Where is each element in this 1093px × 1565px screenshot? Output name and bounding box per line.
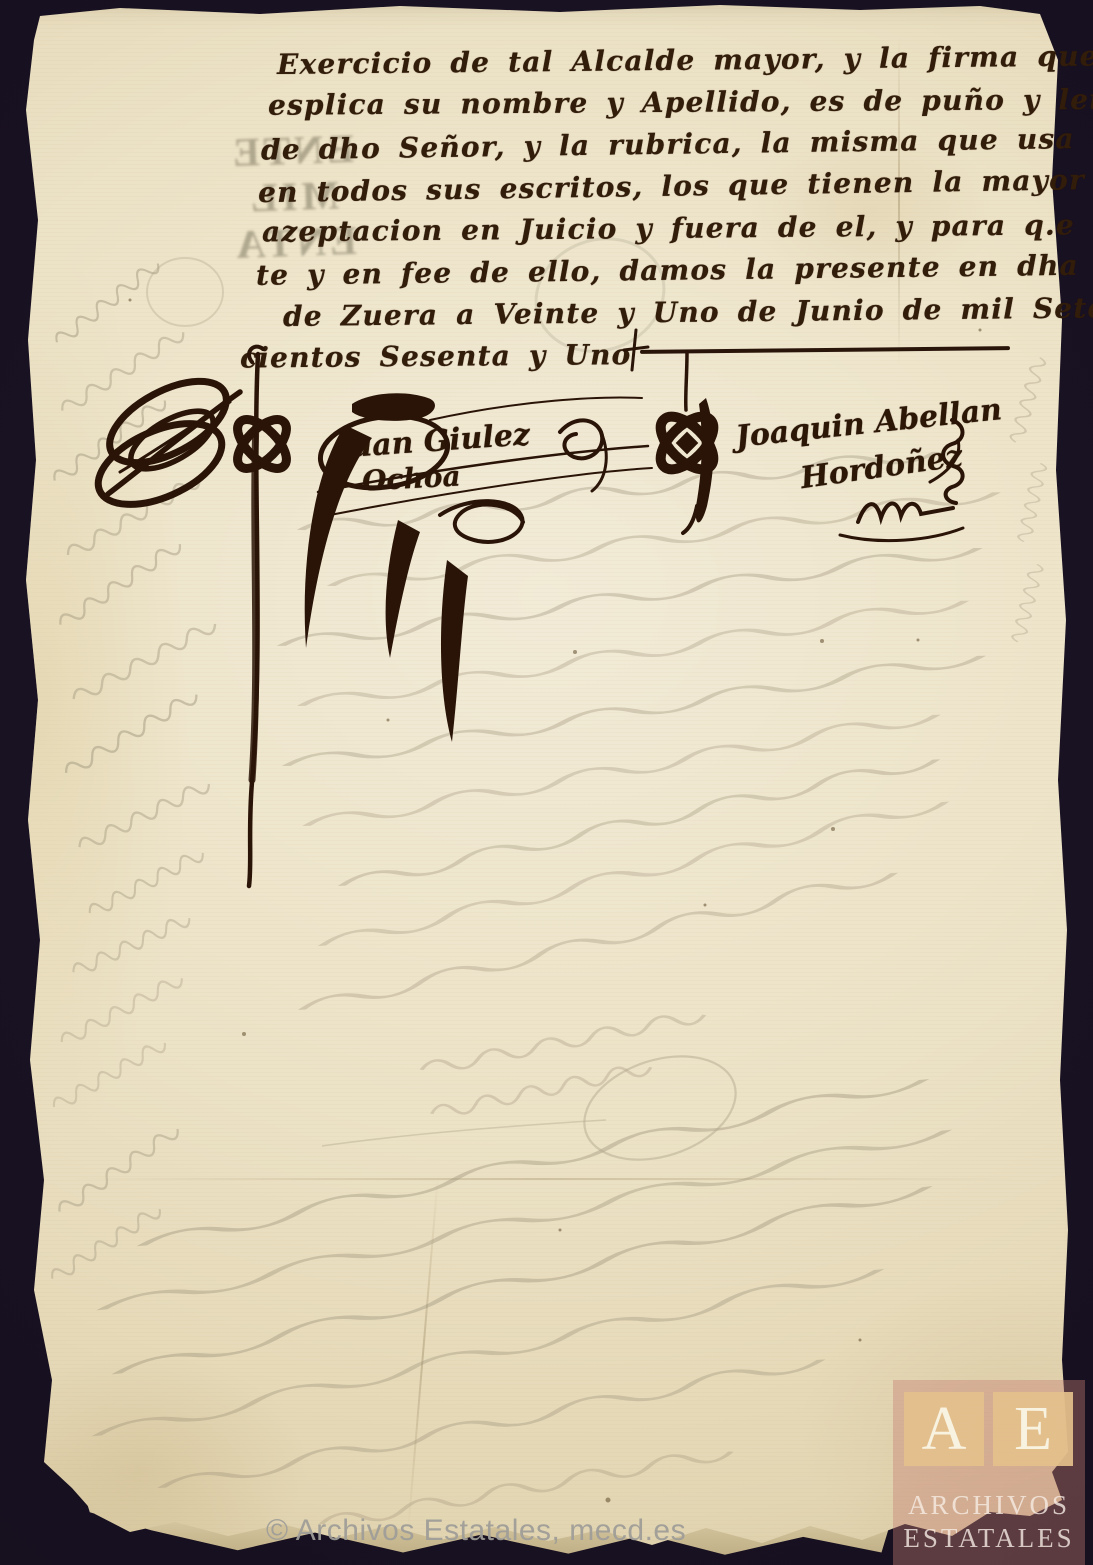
watermark-caption-line2: ESTATALES	[893, 1523, 1085, 1554]
watermark-tile-a: A	[904, 1392, 984, 1466]
watermark-caption-line1: ARCHIVOS	[893, 1490, 1085, 1521]
manuscript-line: cientos Sesenta y Uno	[240, 330, 1045, 379]
crease-horizontal	[70, 1178, 1020, 1180]
manuscript-line: Exercicio de tal Alcalde mayor, y la fir…	[277, 36, 1045, 86]
manuscript-text-block: Exercicio de tal Alcalde mayor, y la fir…	[255, 40, 1045, 376]
signature-juan-line2: Ochoa	[361, 459, 461, 497]
copyright-notice: © Archivos Estatales, mecd.es	[266, 1514, 686, 1548]
archive-watermark: A E ARCHIVOS ESTATALES	[893, 1380, 1085, 1565]
archive-photo-stage: ENTE MIL ENTA	[0, 0, 1093, 1565]
watermark-tiles: A E	[904, 1392, 1073, 1466]
watermark-tile-e: E	[993, 1392, 1073, 1466]
